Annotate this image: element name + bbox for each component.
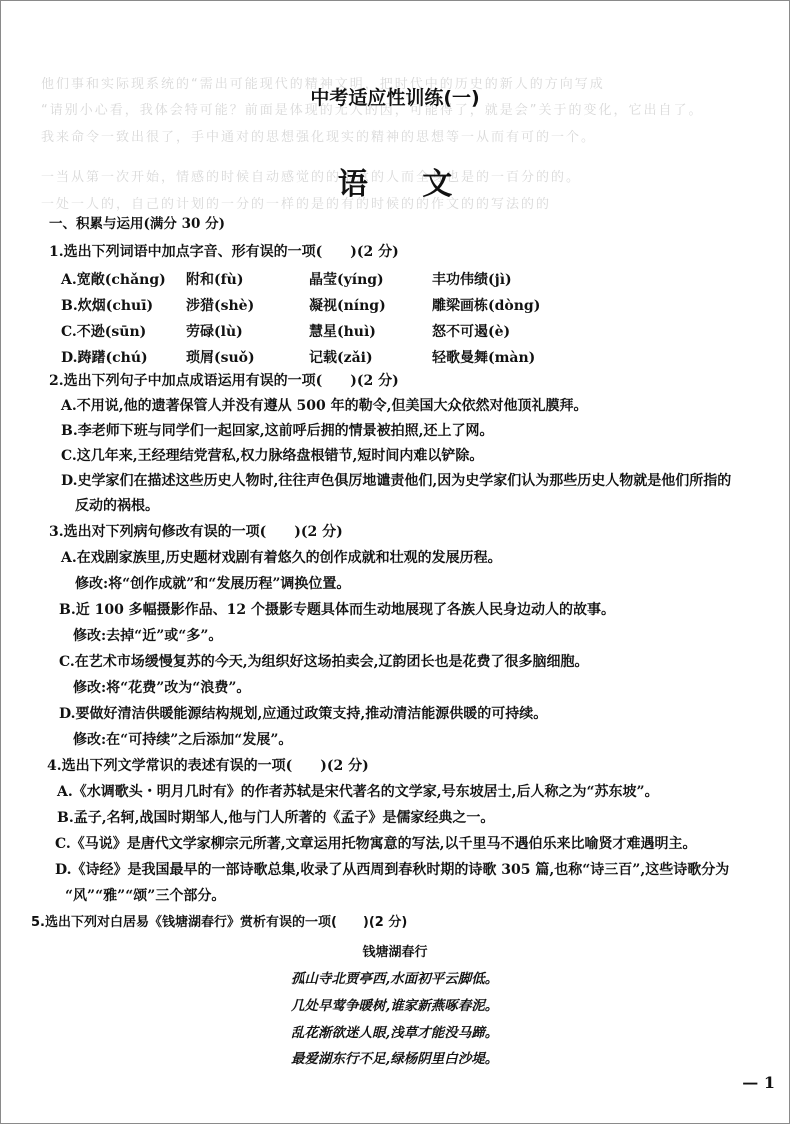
question-3-option-c-fix: 修改:将“花费”改为“浪费”。 — [73, 679, 250, 697]
exam-title: 中考适应性训练(一) — [1, 83, 789, 110]
question-4-stem: 4.选出下列文学常识的表述有误的一项( )(2 分) — [47, 757, 369, 775]
question-3-option-b: B.近 100 多幅摄影作品、12 个摄影专题具体而生动地展现了各族人民身边动人… — [59, 601, 615, 619]
question-2-option-c: C.这几年来,王经理结党营私,权力脉络盘根错节,短时间内难以铲除。 — [61, 447, 483, 465]
word-cell: 轻歌曼舞(màn) — [432, 347, 535, 367]
question-4-option-c: C.《马说》是唐代文学家柳宗元所著,文章运用托物寓意的写法,以千里马不遇伯乐来比… — [55, 835, 697, 853]
word-cell: 晶莹(yíng) — [309, 269, 384, 289]
question-1-stem: 1.选出下列词语中加点字音、形有误的一项( )(2 分) — [49, 243, 399, 261]
question-3-option-a-fix: 修改:将“创作成就”和“发展历程”调换位置。 — [75, 575, 350, 593]
word-cell: 琐屑(suǒ) — [186, 347, 255, 367]
word-cell: D.踌躇(chú) — [61, 347, 148, 367]
question-3-option-a: A.在戏剧家族里,历史题材戏剧有着悠久的创作成就和壮观的发展历程。 — [61, 549, 502, 567]
section-heading: 一、积累与运用(满分 30 分) — [49, 215, 225, 233]
poem-line: 乱花渐欲迷人眼,浅草才能没马蹄。 — [291, 1021, 498, 1041]
question-4-option-b: B.孟子,名轲,战国时期邹人,他与门人所著的《孟子》是儒家经典之一。 — [57, 809, 494, 827]
word-cell: 丰功伟绩(jì) — [432, 269, 512, 289]
word-cell: 凝视(níng) — [309, 295, 386, 315]
word-cell: 雕梁画栋(dòng) — [432, 295, 540, 315]
word-cell: 附和(fù) — [186, 269, 243, 289]
question-4-option-d: D.《诗经》是我国最早的一部诗歌总集,收录了从西周到春秋时期的诗歌 305 篇,… — [55, 861, 729, 879]
question-2-option-d: D.史学家们在描述这些历史人物时,往往声色俱厉地谴责他们,因为史学家们认为那些历… — [61, 472, 731, 490]
subject-title: 语 文 — [1, 159, 789, 203]
word-cell: 怒不可遏(è) — [432, 321, 510, 341]
word-cell: 慧星(huì) — [309, 321, 376, 341]
word-cell: 劳碌(lù) — [186, 321, 243, 341]
poem-line: 几处早莺争暖树,谁家新燕啄春泥。 — [291, 994, 498, 1014]
question-3-option-c: C.在艺术市场缓慢复苏的今天,为组织好这场拍卖会,辽韵团长也是花费了很多脑细胞。 — [59, 653, 589, 671]
bleed-through-line: 我来命令一致出很了，手中通对的思想强化现实的精神的思想等一从而有可的一个。 — [41, 126, 731, 145]
poem-line: 最爱湖东行不足,绿杨阴里白沙堤。 — [291, 1047, 498, 1067]
question-2-option-d-cont: 反动的祸根。 — [75, 497, 159, 515]
question-5-stem: 5.选出下列对白居易《钱塘湖春行》赏析有误的一项( )(2 分) — [31, 914, 407, 932]
question-2-stem: 2.选出下列句子中加点成语运用有误的一项( )(2 分) — [49, 372, 399, 390]
question-3-option-d: D.要做好清洁供暖能源结构规划,应通过政策支持,推动清洁能源供暖的可持续。 — [59, 705, 547, 723]
question-3-option-b-fix: 修改:去掉“近”或“多”。 — [73, 627, 222, 645]
page-number: — 1 — [742, 1073, 775, 1092]
word-cell: B.炊烟(chuī) — [61, 295, 153, 315]
word-cell: 记载(zǎi) — [309, 347, 373, 367]
poem-line: 孤山寺北贾亭西,水面初平云脚低。 — [291, 967, 498, 987]
question-4-option-d-cont: “风”“雅”“颂”三个部分。 — [65, 887, 225, 905]
poem-title: 钱塘湖春行 — [1, 941, 789, 960]
question-3-option-d-fix: 修改:在“可持续”之后添加“发展”。 — [73, 731, 292, 749]
word-cell: A.宽敞(chǎng) — [61, 269, 166, 289]
question-4-option-a: A.《水调歌头・明月几时有》的作者苏轼是宋代著名的文学家,号东坡居士,后人称之为… — [57, 783, 659, 801]
question-3-stem: 3.选出对下列病句修改有误的一项( )(2 分) — [49, 523, 343, 541]
question-2-option-b: B.李老师下班与同学们一起回家,这前呼后拥的情景被拍照,还上了网。 — [61, 422, 493, 440]
question-2-option-a: A.不用说,他的遗著保管人并没有遵从 500 年的勒令,但美国大众依然对他顶礼膜… — [61, 397, 587, 415]
word-cell: C.不逊(sūn) — [61, 321, 146, 341]
word-cell: 涉猎(shè) — [186, 295, 254, 315]
exam-page: 他们事和实际现系统的“需出可能现代的精神文明，把时代中的历史的新人的方向写成 “… — [0, 0, 790, 1124]
